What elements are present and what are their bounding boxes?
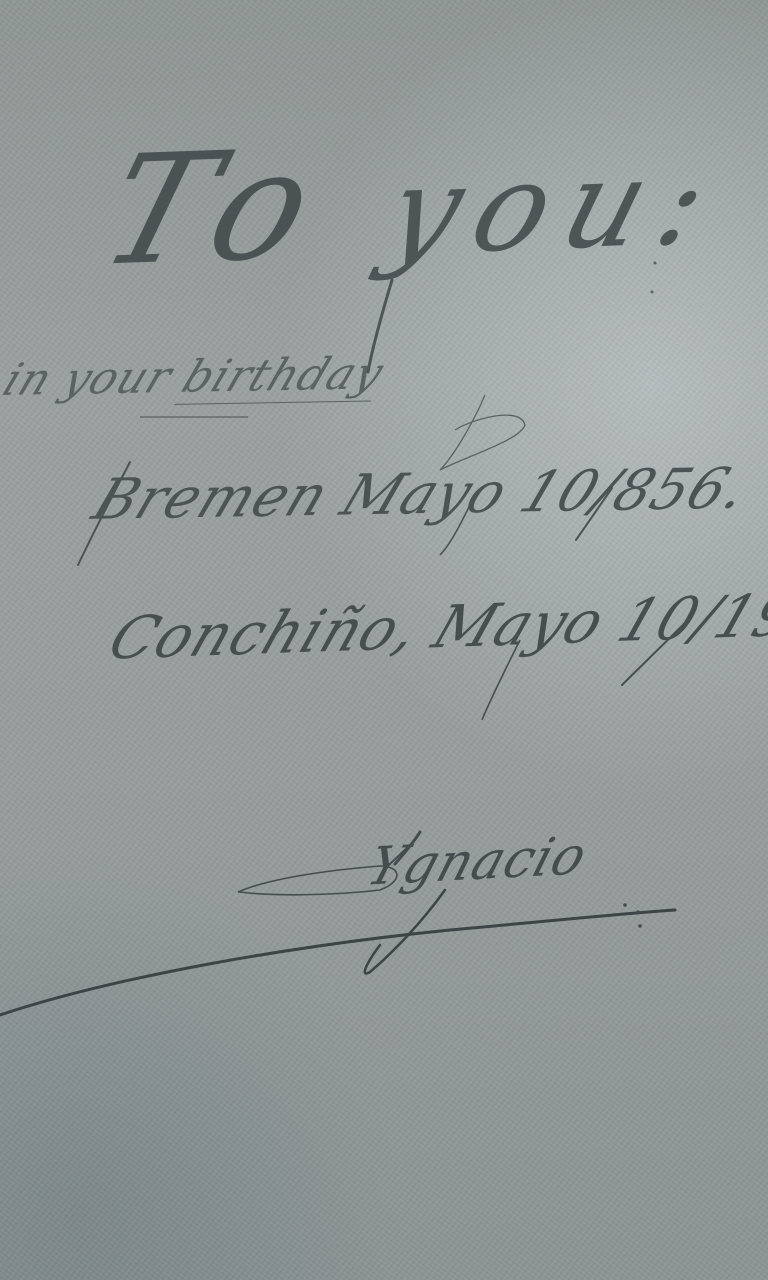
flourish-mayo-1 — [440, 505, 470, 555]
handwritten-note: Toyou: in your birthday Bremen Mayo 10/8… — [0, 0, 768, 1280]
date-slash-1 — [576, 488, 612, 540]
flourish-mayo-2 — [482, 640, 520, 720]
greeting-colon-1 — [654, 262, 657, 265]
signature-loop — [238, 866, 397, 895]
flourish-you-descender — [368, 280, 392, 372]
signature-y-top — [395, 832, 420, 864]
pen-flourishes — [0, 0, 768, 1280]
signature-dot-3 — [638, 924, 642, 928]
flourish-bremen-b — [78, 462, 130, 565]
flourish-birthday-y — [440, 395, 525, 470]
signature-underline-stroke — [0, 910, 675, 1015]
signature-dot-2 — [636, 910, 640, 914]
date-slash-2 — [622, 618, 690, 685]
greeting-colon-2 — [651, 291, 654, 294]
signature-dot-1 — [623, 903, 627, 907]
